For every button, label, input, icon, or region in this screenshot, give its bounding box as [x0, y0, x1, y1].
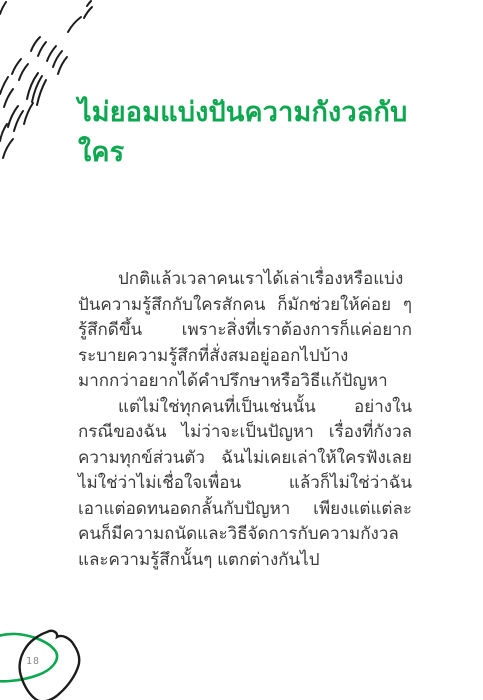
overlapping-circles-icon — [0, 612, 115, 700]
paragraph-2: แต่ไม่ใช่ทุกคนที่เป็นเช่นนั้น อย่างในกรณ… — [78, 394, 412, 573]
body-text: ปกติแล้วเวลาคนเราได้เล่าเรื่องหรือแบ่งปั… — [78, 266, 412, 572]
chapter-title: ไม่ยอมแบ่งปันความกังวลกับใคร — [78, 92, 438, 172]
page-number: 18 — [26, 656, 40, 667]
paragraph-1: ปกติแล้วเวลาคนเราได้เล่าเรื่องหรือแบ่งปั… — [78, 266, 412, 394]
book-page: ไม่ยอมแบ่งปันความกังวลกับใคร ปกติแล้วเวล… — [0, 0, 483, 700]
